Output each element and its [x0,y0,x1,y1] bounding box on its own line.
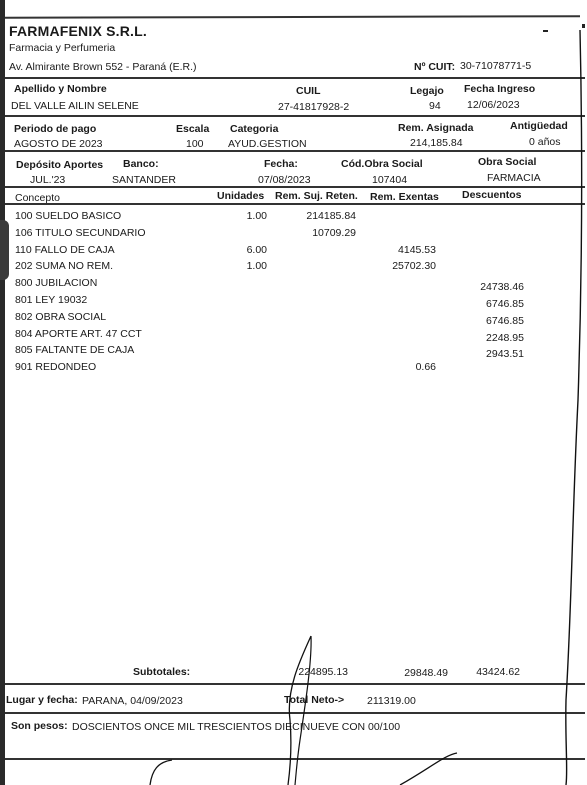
cell-rem-exentas: 0.66 [372,361,436,373]
periodo-value: AGOSTO DE 2023 [14,138,103,150]
cell-concepto: 901 REDONDEO [15,361,215,373]
col-concepto: Concepto [15,192,60,204]
fecha-label: Fecha: [264,158,298,170]
cell-descuentos: 24738.46 [460,281,524,293]
escala-value: 100 [186,138,204,150]
cuil-value: 27-41817928-2 [278,101,349,113]
cell-descuentos: 6746.85 [460,298,524,310]
lugar-label: Lugar y fecha: [6,694,78,706]
cell-descuentos: 6746.85 [460,315,524,327]
divider-table-header [5,203,585,205]
col-rem-suj: Rem. Suj. Reten. [275,190,358,202]
divider-header [5,77,585,79]
escala-label: Escala [176,123,209,135]
scan-edge-left [0,0,5,785]
divider-lugar [5,712,585,714]
divider-period [5,150,585,152]
cell-concepto: 805 FALTANTE DE CAJA [15,344,215,356]
subtotal-rem-exentas: 29848.49 [378,667,448,679]
cell-concepto: 202 SUMA NO REM. [15,260,215,272]
cell-rem-suj: 214185.84 [288,210,356,222]
aportes-value: JUL.'23 [30,174,65,186]
divider-subtotals [5,683,585,685]
os-value: FARMACIA [487,172,541,184]
antiguedad-value: 0 años [529,136,561,148]
banco-label: Banco: [123,158,159,170]
cell-rem-exentas: 25702.30 [372,260,436,272]
scan-shadow [0,220,9,280]
company-address: Av. Almirante Brown 552 - Paraná (E.R.) [9,61,197,73]
subtotales-label: Subtotales: [133,666,190,678]
subtotal-descuentos: 43424.62 [450,666,520,678]
name-label: Apellido y Nombre [14,83,107,95]
company-business: Farmacia y Perfumeria [9,42,115,54]
lugar-value: PARANA, 04/09/2023 [82,695,183,707]
categoria-label: Categoria [230,123,278,135]
categoria-value: AYUD.GESTION [228,138,307,150]
cell-concepto: 100 SUELDO BASICO [15,210,215,222]
rem-asignada-value: 214,185.84 [410,137,463,149]
col-descuentos: Descuentos [462,189,522,201]
periodo-label: Periodo de pago [14,123,96,135]
banco-value: SANTANDER [112,174,176,186]
mark [582,24,585,28]
fecha-value: 07/08/2023 [258,174,311,186]
cell-concepto: 106 TITULO SECUNDARIO [15,227,215,239]
cod-os-label: Cód.Obra Social [341,158,423,170]
name-value: DEL VALLE AILIN SELENE [11,100,139,112]
cod-os-value: 107404 [372,174,407,186]
legajo-label: Legajo [410,85,444,97]
ingreso-label: Fecha Ingreso [464,83,535,95]
antiguedad-label: Antigüedad [510,120,568,132]
ingreso-value: 12/06/2023 [467,99,520,111]
os-label: Obra Social [478,156,536,168]
col-unidades: Unidades [217,190,264,202]
divider-top [5,15,580,18]
cell-concepto: 802 OBRA SOCIAL [15,311,215,323]
neto-value: 211319.00 [367,695,416,707]
cell-concepto: 110 FALLO DE CAJA [15,244,215,256]
col-rem-exentas: Rem. Exentas [370,191,439,203]
subtotal-rem-suj: 224895.13 [278,666,348,678]
cell-unidades: 1.00 [225,260,267,272]
company-name: FARMAFENIX S.R.L. [9,25,147,37]
cell-unidades: 1.00 [225,210,267,222]
neto-label: Total Neto-> [284,694,344,706]
legajo-value: 94 [429,100,441,112]
cell-concepto: 800 JUBILACION [15,277,215,289]
cuit-label: Nº CUIT: [414,61,455,73]
cuil-label: CUIL [296,85,321,97]
cell-rem-suj: 10709.29 [288,227,356,239]
cell-descuentos: 2943.51 [460,348,524,360]
cell-concepto: 804 APORTE ART. 47 CCT [15,328,215,340]
pesos-label: Son pesos: [11,720,68,732]
divider-pesos [5,758,585,760]
mark [543,30,548,32]
cell-rem-exentas: 4145.53 [372,244,436,256]
divider-deposit [5,186,585,188]
cell-concepto: 801 LEY 19032 [15,294,215,306]
cuit-value: 30-71078771-5 [460,60,531,72]
rem-asignada-label: Rem. Asignada [398,122,473,134]
aportes-label: Depósito Aportes [16,159,103,171]
divider-employee [5,115,585,117]
cell-descuentos: 2248.95 [460,332,524,344]
cell-unidades: 6.00 [225,244,267,256]
pesos-value: DOSCIENTOS ONCE MIL TRESCIENTOS DIECINUE… [72,721,400,733]
